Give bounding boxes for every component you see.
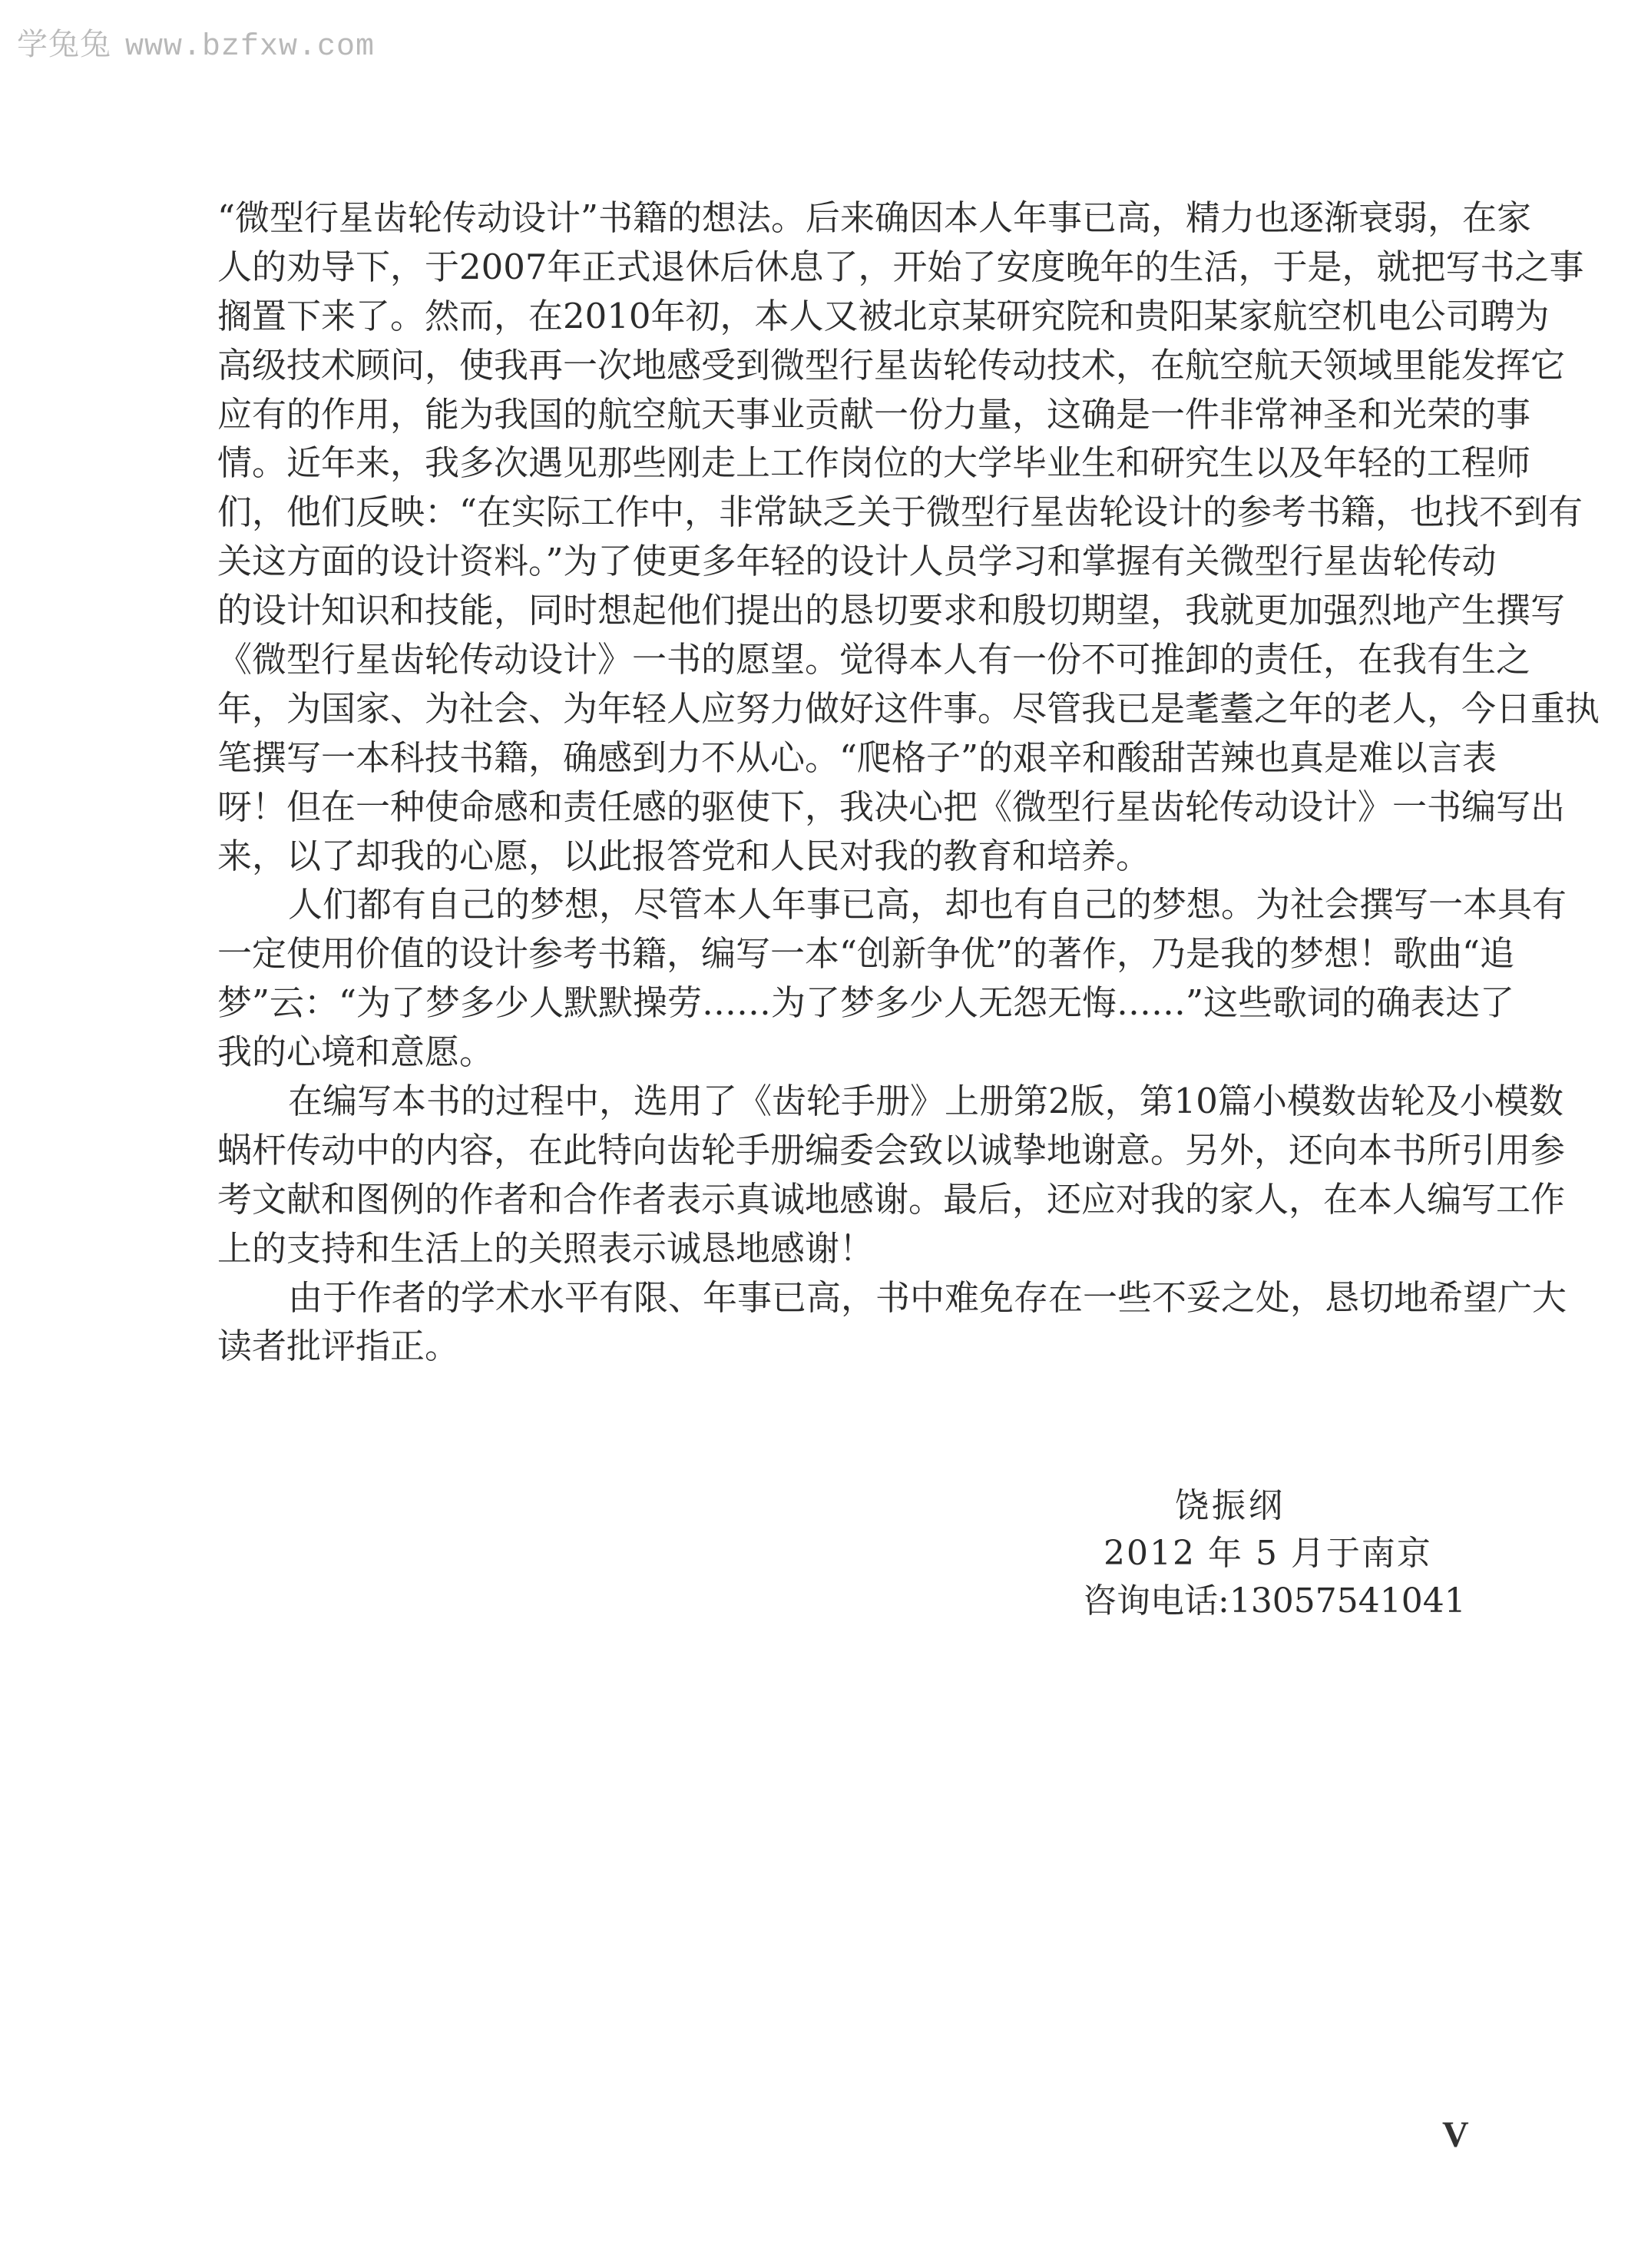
text-line: 蜗杆传动中的内容，在此特向齿轮手册编委会致以诚挚地谢意。另外，还向本书所引用参 [217, 1126, 1487, 1175]
page-number: V [1442, 2114, 1469, 2156]
contact-phone: 咨询电话:13057541041 [1083, 1578, 1466, 1625]
watermark: 学兔兔www.bzfxw.com [17, 20, 375, 65]
date-place: 2012 年 5 月于南京 [1104, 1530, 1432, 1578]
paragraph-start-line: 人们都有自己的梦想，尽管本人年事已高，却也有自己的梦想。为社会撰写一本具有 [217, 880, 1487, 929]
text-line: 读者批评指正。 [217, 1322, 1487, 1371]
text-line: 《微型行星齿轮传动设计》一书的愿望。觉得本人有一份不可推卸的责任，在我有生之 [217, 635, 1487, 684]
text-line: 们，他们反映：“在实际工作中，非常缺乏关于微型行星齿轮设计的参考书籍，也找不到有 [217, 488, 1487, 537]
text-line: 年，为国家、为社会、为年轻人应努力做好这件事。尽管我已是耄耋之年的老人，今日重执 [217, 684, 1487, 733]
text-line: 人的劝导下，于2007年正式退休后休息了，开始了安度晚年的生活，于是，就把写书之… [217, 243, 1487, 292]
text-line: 应有的作用，能为我国的航空航天事业贡献一份力量，这确是一件非常神圣和光荣的事 [217, 390, 1487, 439]
text-line: 上的支持和生活上的关照表示诚恳地感谢！ [217, 1224, 1487, 1273]
text-line: 关这方面的设计资料。”为了使更多年轻的设计人员学习和掌握有关微型行星齿轮传动 [217, 537, 1487, 586]
text-line: 来，以了却我的心愿，以此报答党和人民对我的教育和培养。 [217, 832, 1487, 881]
text-line: 我的心境和意愿。 [217, 1028, 1487, 1077]
text-line: 情。近年来，我多次遇见那些刚走上工作岗位的大学毕业生和研究生以及年轻的工程师 [217, 439, 1487, 488]
preface-body: “微型行星齿轮传动设计”书籍的想法。后来确因本人年事已高，精力也逐渐衰弱，在家 … [217, 194, 1487, 1371]
paragraph-start-line: 在编写本书的过程中，选用了《齿轮手册》上册第2版，第10篇小模数齿轮及小模数 [217, 1077, 1487, 1126]
text-line: 梦”云：“为了梦多少人默默操劳……为了梦多少人无怨无悔……”这些歌词的确表达了 [217, 978, 1487, 1028]
paragraph-start-line: 由于作者的学术水平有限、年事已高，书中难免存在一些不妥之处，恳切地希望广大 [217, 1273, 1487, 1323]
author-name: 饶振纲 [1175, 1482, 1286, 1530]
watermark-url: www.bzfxw.com [125, 30, 375, 65]
text-line: 一定使用价值的设计参考书籍，编写一本“创新争优”的著作，乃是我的梦想！歌曲“追 [217, 929, 1487, 978]
text-line: 考文献和图例的作者和合作者表示真诚地感谢。最后，还应对我的家人，在本人编写工作 [217, 1175, 1487, 1224]
text-line: 高级技术顾问，使我再一次地感受到微型行星齿轮传动技术，在航空航天领域里能发挥它 [217, 341, 1487, 390]
watermark-site-name: 学兔兔 [17, 27, 111, 62]
text-line: 呀！但在一种使命感和责任感的驱使下，我决心把《微型行星齿轮传动设计》一书编写出 [217, 783, 1487, 832]
text-line: 搁置下来了。然而，在2010年初，本人又被北京某研究院和贵阳某家航空机电公司聘为 [217, 292, 1487, 341]
text-line: 的设计知识和技能，同时想起他们提出的恳切要求和殷切期望，我就更加强烈地产生撰写 [217, 586, 1487, 635]
text-line: “微型行星齿轮传动设计”书籍的想法。后来确因本人年事已高，精力也逐渐衰弱，在家 [217, 194, 1487, 243]
text-line: 笔撰写一本科技书籍，确感到力不从心。“爬格子”的艰辛和酸甜苦辣也真是难以言表 [217, 733, 1487, 783]
